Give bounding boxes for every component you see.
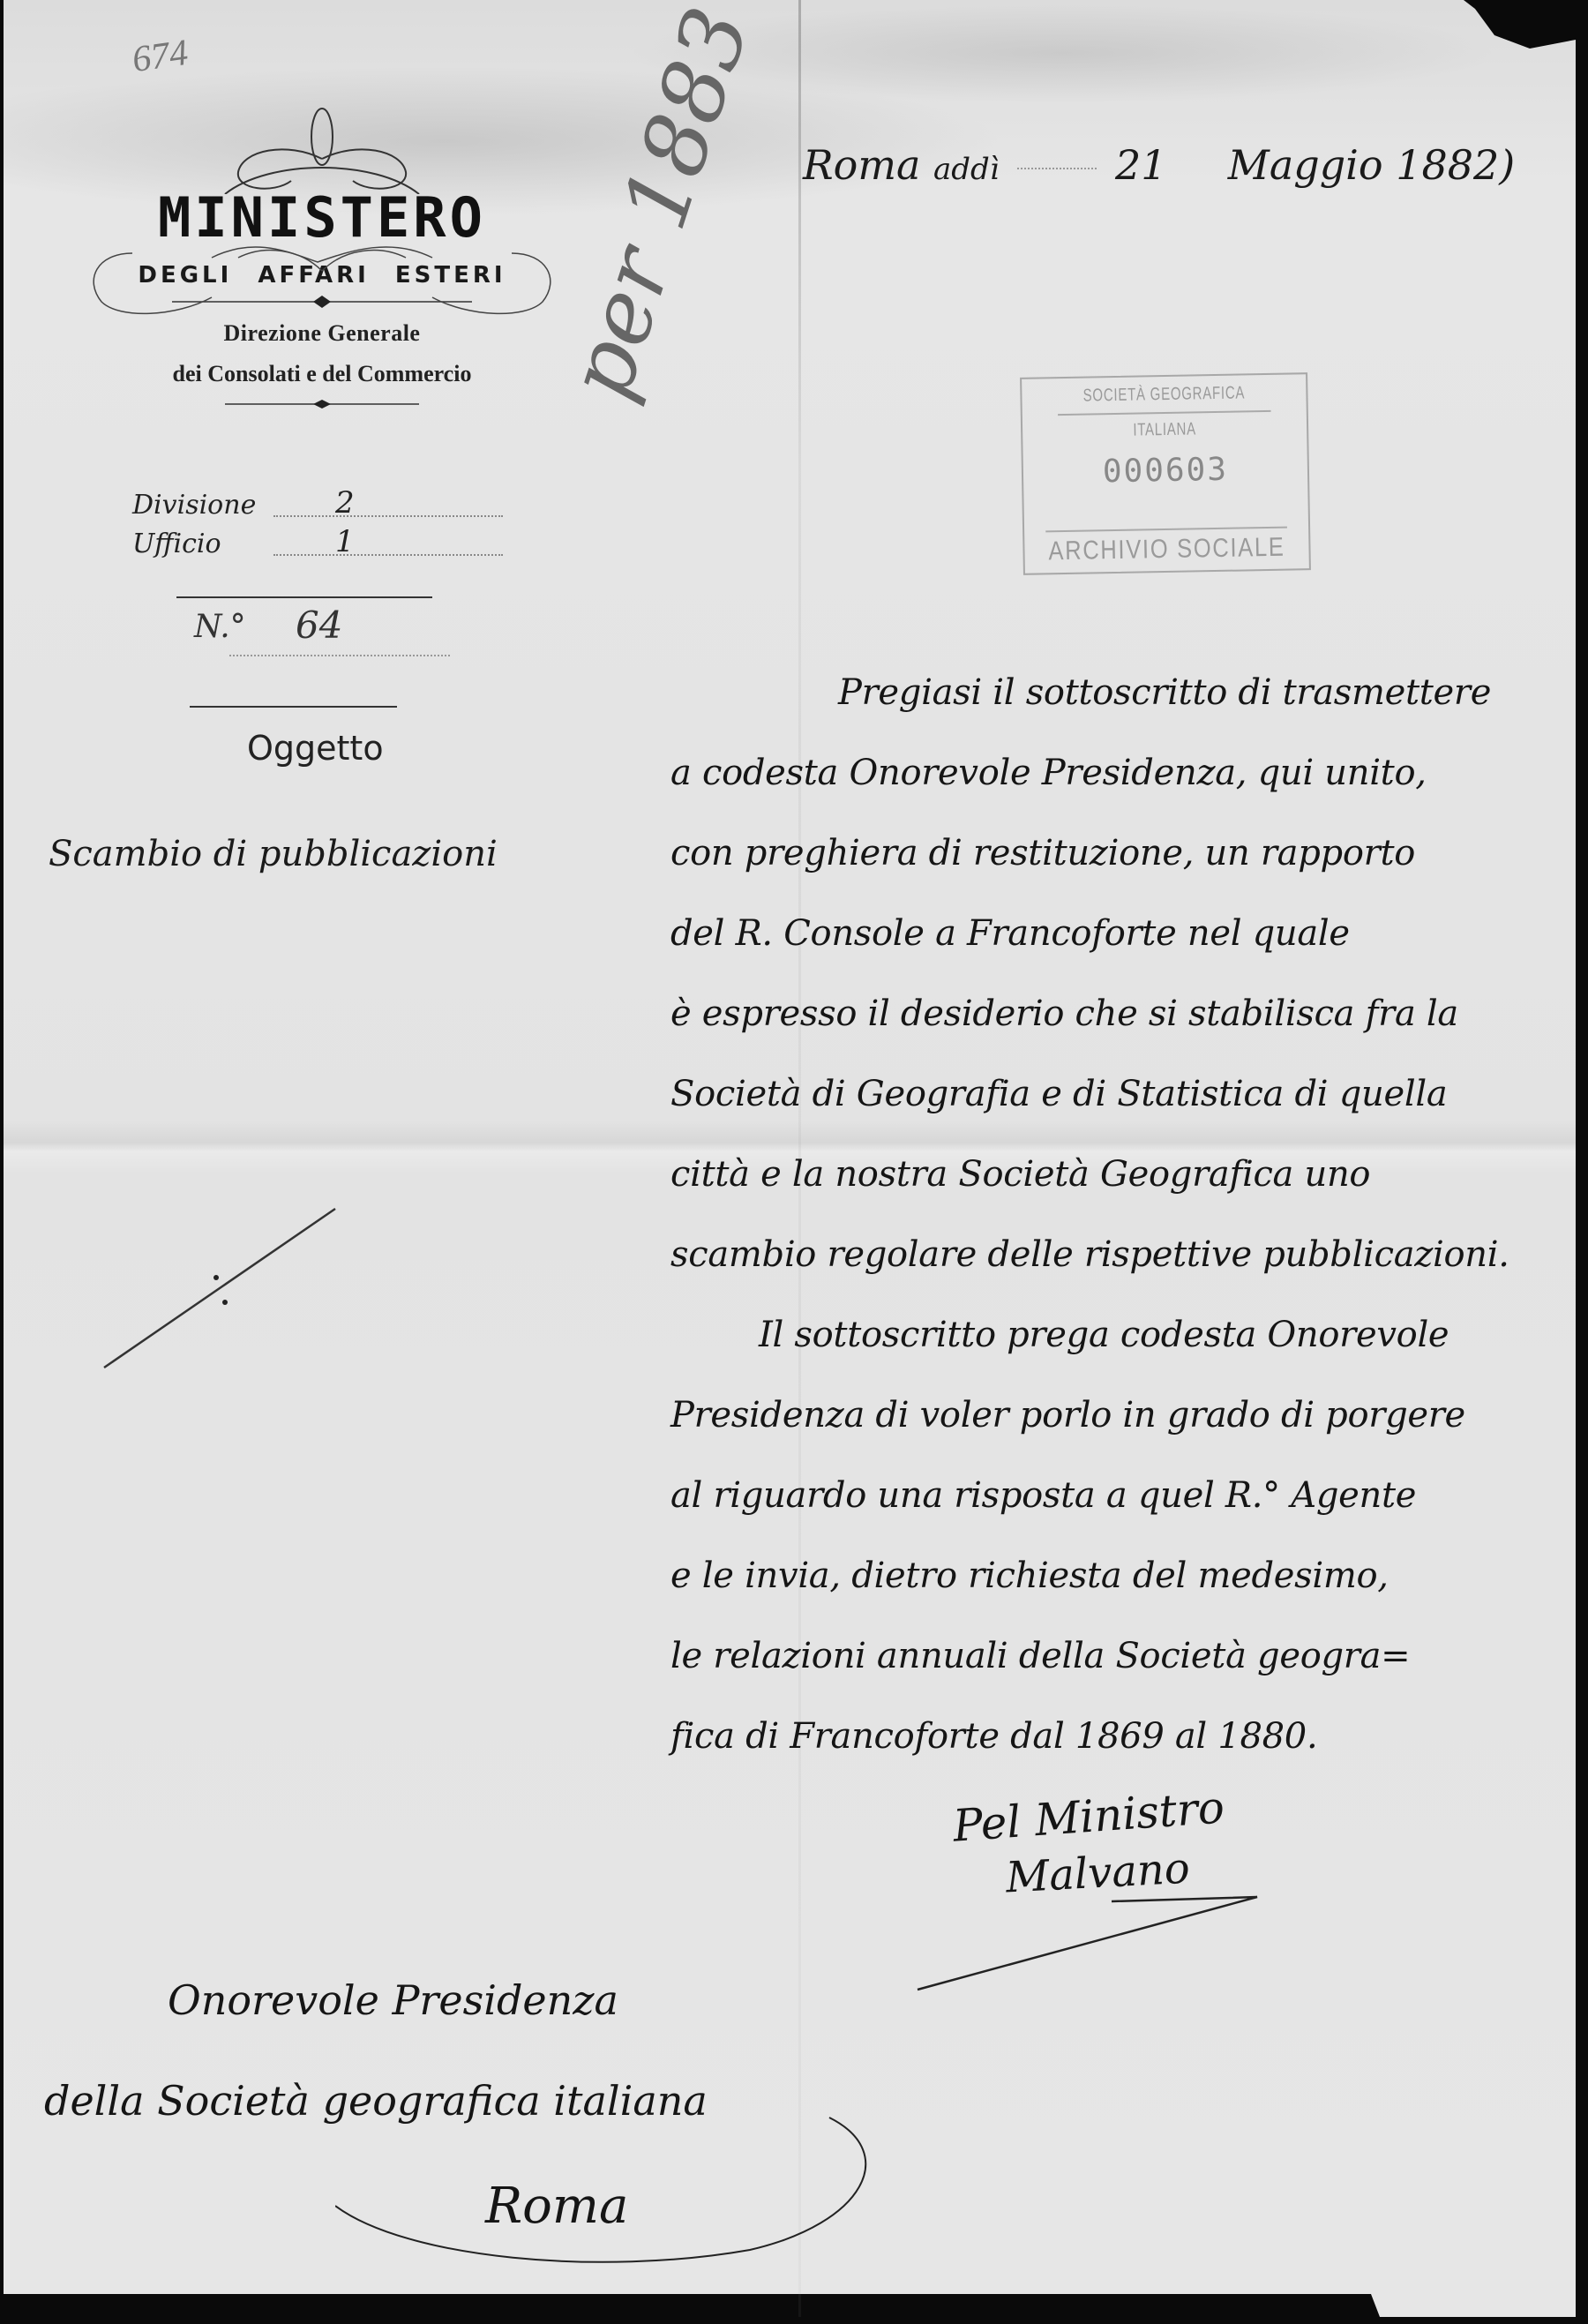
body-line: al riguardo una risposta a quel R.° Agen… <box>670 1456 1562 1536</box>
subject-label: Oggetto <box>247 729 384 768</box>
slash-mark-icon <box>97 1200 344 1376</box>
body-line: e le invia, dietro richiesta del medesim… <box>670 1536 1562 1616</box>
protocol-number-field: N.° 64 <box>185 609 450 662</box>
body-line: le relazioni annuali della Società geogr… <box>670 1616 1562 1697</box>
date-addi: addì <box>933 152 1000 187</box>
scroll-flourish-icon <box>79 236 565 324</box>
subject-value: Scambio di pubblicazioni <box>49 834 498 874</box>
body-line: Società di Geografia e di Statistica di … <box>670 1054 1562 1135</box>
divider-line <box>176 596 432 598</box>
stamp-society: SOCIETÀ GEOGRAFICA ITALIANA <box>1057 375 1270 416</box>
divisione-field: Divisione 2 <box>132 485 503 524</box>
department-subname: dei Consolati e del Commercio <box>79 361 565 387</box>
date-place: Roma <box>803 141 920 189</box>
date-line: Roma addì 21 Maggio 1882) <box>803 141 1515 189</box>
letterhead: MINISTERO DEGLI AFFARI ESTERI Direzione … <box>79 106 565 409</box>
date-year: 1882 <box>1396 141 1499 189</box>
ministry-subtitle: DEGLI AFFARI ESTERI <box>79 262 565 289</box>
body-line: Presidenza di voler porlo in grado di po… <box>670 1376 1562 1456</box>
body-line: è espresso il desiderio che si stabilisc… <box>670 974 1562 1054</box>
ufficio-field: Ufficio 1 <box>132 524 503 563</box>
body-line: con preghiera di restituzione, un rappor… <box>670 813 1562 894</box>
body-line: a codesta Onorevole Presidenza, qui unit… <box>670 733 1562 813</box>
divider-line <box>190 706 397 708</box>
archive-stamp: SOCIETÀ GEOGRAFICA ITALIANA 000603 ARCHI… <box>1020 372 1311 575</box>
body-line: città e la nostra Società Geografica uno <box>670 1135 1562 1215</box>
address-line-1: Onorevole Presidenza <box>168 1976 708 2024</box>
signature-underline-icon <box>909 1769 1279 1998</box>
ornamental-flourish-icon <box>190 106 454 194</box>
address-swoosh-icon <box>335 2100 900 2276</box>
body-line: fica di Francoforte dal 1869 al 1880. <box>670 1697 1562 1777</box>
date-month: Maggio <box>1228 141 1383 189</box>
archive-margin-number: 674 <box>130 32 191 81</box>
letter-body: Pregiasi il sottoscritto di trasmettere … <box>670 653 1562 1777</box>
body-line: scambio regolare delle rispettive pubbli… <box>670 1215 1562 1295</box>
date-day: 21 <box>1115 141 1167 189</box>
ornamental-divider-icon <box>225 400 419 409</box>
body-line: del R. Console a Francoforte nel quale <box>670 894 1562 974</box>
stamp-archive: ARCHIVIO SOCIALE <box>1045 527 1287 572</box>
body-line: Il sottoscritto prega codesta Onorevole <box>670 1295 1562 1376</box>
registry-fields: Divisione 2 Ufficio 1 <box>132 485 503 563</box>
department-name: Direzione Generale <box>79 320 565 347</box>
body-line: Pregiasi il sottoscritto di trasmettere <box>670 653 1562 733</box>
